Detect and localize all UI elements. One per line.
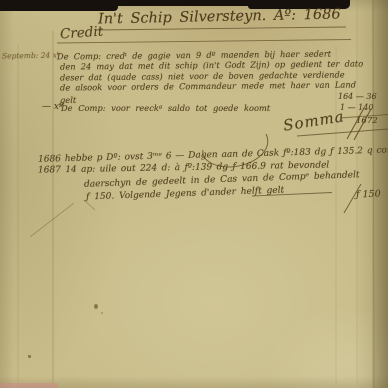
margin-date: Septemb: 24 xᵇ — [2, 50, 60, 60]
section-label-credit: Credit — [59, 24, 103, 43]
entry2-amount: 1 — 140 — [340, 103, 373, 112]
entry2-prefix-mark: — xº — [42, 102, 63, 112]
somma-amount: 1672 — [356, 116, 378, 126]
entry1-amount: 164 — 36 — [338, 92, 377, 101]
entry2-text: De Comp: voor reeckᵍ saldo tot goede koo… — [61, 103, 270, 113]
ink-speck — [94, 304, 98, 309]
ink-speck — [28, 355, 31, 358]
manuscript-page: In't Schip Silversteyn. Aº: 1686 Credit … — [0, 0, 388, 388]
ink-speck — [101, 312, 103, 314]
closing-diagonal-stroke — [30, 203, 74, 237]
title-underline — [96, 27, 346, 30]
credit-underline — [57, 40, 351, 44]
note-amount: ƒ 150 — [356, 189, 381, 201]
